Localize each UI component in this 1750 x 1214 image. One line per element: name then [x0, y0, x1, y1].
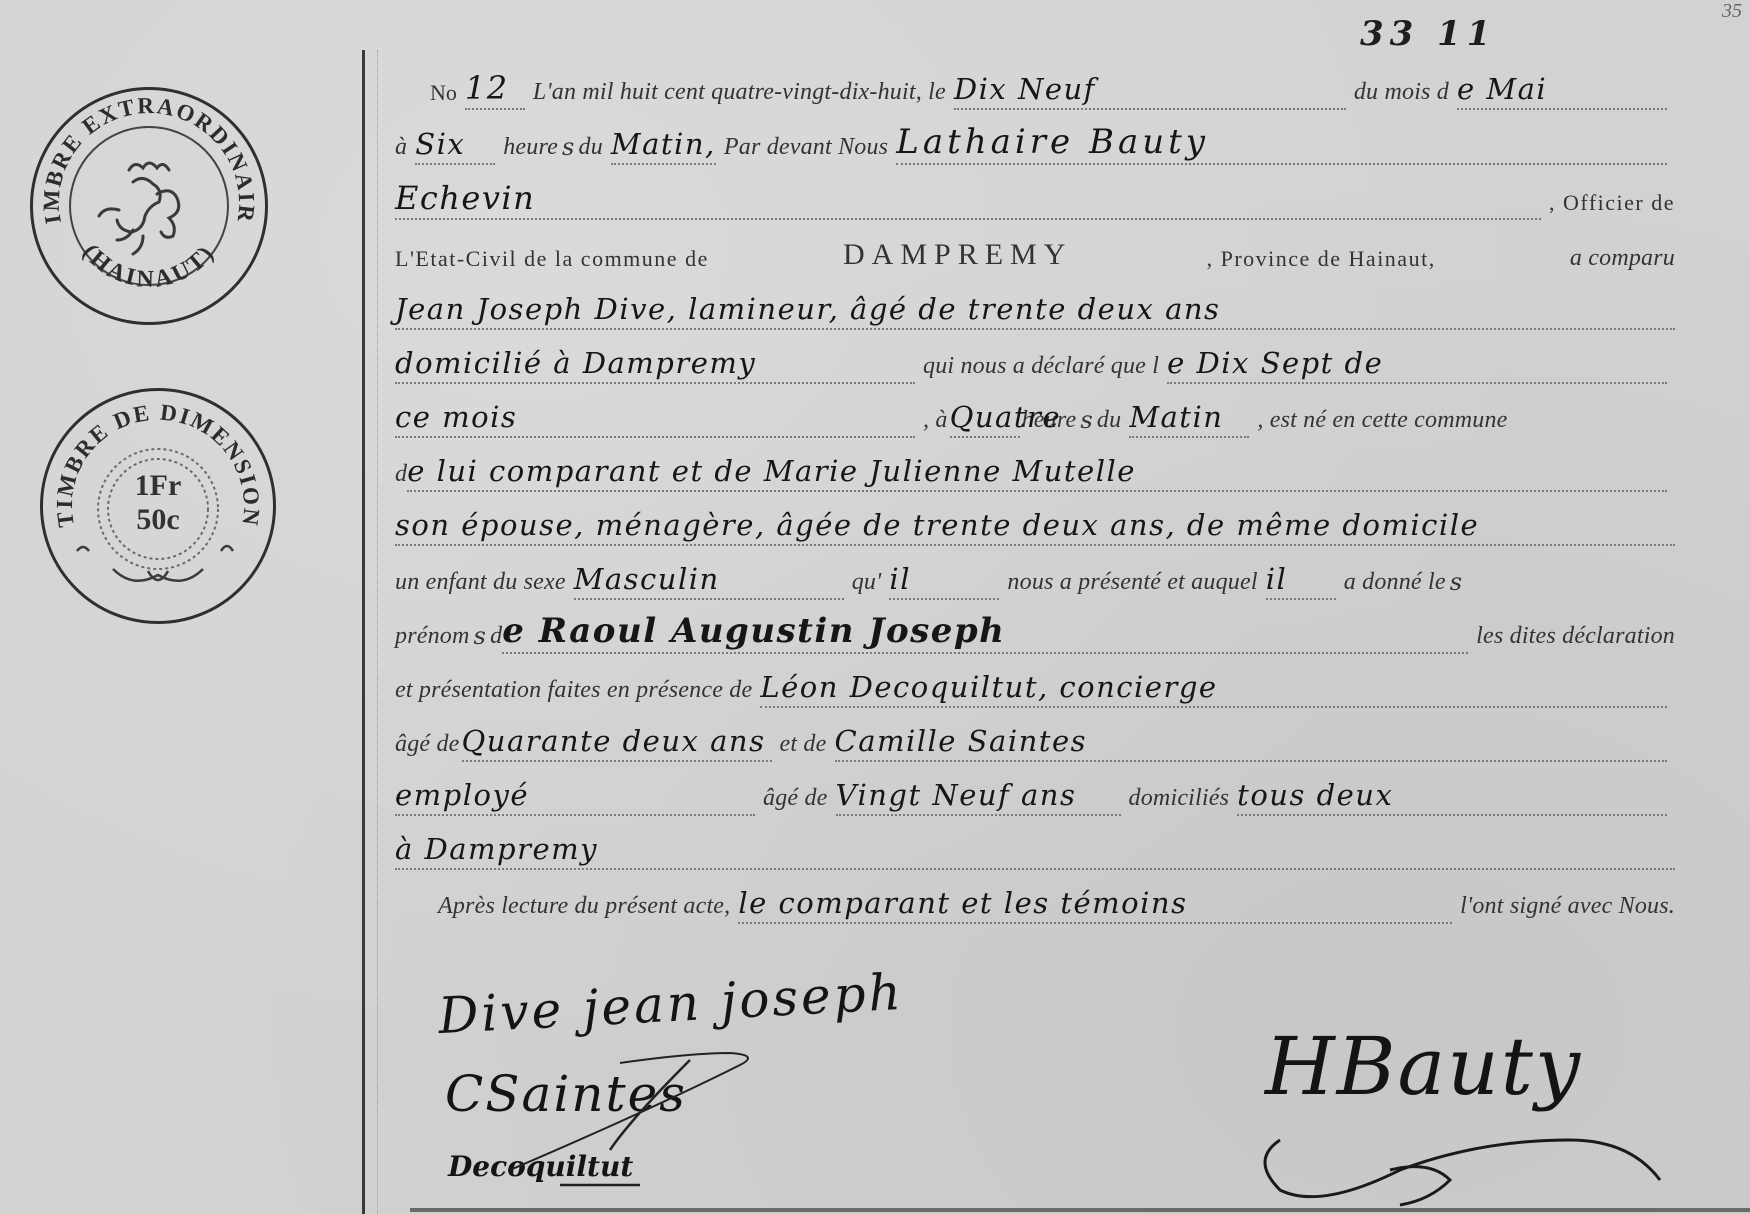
svg-text:(HAINAUT): (HAINAUT)	[77, 240, 220, 293]
act-line-10: un enfant du sexe Masculin qu' il nous a…	[395, 560, 1675, 600]
plural-field: s	[474, 622, 487, 654]
printed-text: qui nous a déclaré que l	[923, 353, 1159, 384]
ribbon-icon	[77, 546, 233, 581]
witness-2-occupation-field: employé	[395, 781, 755, 816]
birth-month-field: ce mois	[395, 403, 915, 438]
mother-details-field: son épouse, ménagère, âgée de trente deu…	[395, 511, 1675, 546]
bottom-rule	[410, 1208, 1750, 1212]
document-page: 33 11 35 TIMBRE EXTRAORDINAIRE (HAINAUT)	[0, 0, 1750, 1214]
printed-text: et présentation faites en présence de	[395, 677, 752, 708]
signature-flourish-icon	[440, 1000, 860, 1200]
stamp-dimension: TIMBRE DE DIMENSION 1Fr 50c	[40, 388, 276, 624]
commune-name: DAMPREMY	[843, 238, 1072, 271]
act-line-3: Echevin , Officier de	[395, 180, 1675, 220]
month-field: e Mai	[1457, 75, 1667, 110]
signatories-field: le comparant et les témoins	[738, 889, 1452, 924]
act-line-4: L'Etat-Civil de la commune de DAMPREMY ,…	[395, 236, 1675, 276]
act-line-12: et présentation faites en présence de Lé…	[395, 668, 1675, 708]
printed-text: nous a présenté et auquel	[1007, 569, 1257, 600]
printed-text: du mois d	[1354, 79, 1449, 110]
printed-text: les dites déclaration	[1476, 623, 1675, 654]
printed-text: , à	[923, 407, 948, 438]
stamp-ring-text: TIMBRE EXTRAORDINAIRE (HAINAUT)	[33, 90, 265, 322]
witness-2-age-field: Vingt Neuf ans	[836, 781, 1121, 816]
corner-mark: 35	[1722, 0, 1742, 23]
pronoun-field-2: il	[1266, 565, 1336, 600]
folio-number: 33 11	[1360, 14, 1496, 54]
officer-title-field: Echevin	[395, 182, 1541, 220]
witness-1-age-field: Quarante deux ans	[462, 727, 772, 762]
printed-text: du	[1097, 407, 1121, 438]
act-line-5: Jean Joseph Dive, lamineur, âgé de trent…	[395, 290, 1675, 330]
printed-text: qu'	[852, 569, 882, 600]
printed-text: d	[490, 623, 502, 654]
printed-text: L'Etat-Civil de la commune de	[395, 246, 709, 276]
hour-plural-field: s	[562, 133, 575, 165]
act-line-2: à Six heure s du Matin, Par devant Nous …	[395, 125, 1675, 165]
margin-rule-dotted	[377, 50, 378, 1214]
period-field: Matin,	[611, 130, 716, 165]
number-label: No	[430, 80, 457, 110]
act-line-1: No 12 L'an mil huit cent quatre-vingt-di…	[430, 70, 1675, 110]
officer-name-field: Lathaire Bauty	[896, 125, 1667, 165]
witness-2-field: Camille Saintes	[835, 727, 1668, 762]
printed-text: , Province de Hainaut,	[1207, 246, 1436, 276]
witness-1-field: Léon Decoquiltut, concierge	[760, 673, 1667, 708]
act-line-6: domicilié à Dampremy qui nous a déclaré …	[395, 344, 1675, 384]
printed-text: , Officier de	[1549, 190, 1675, 220]
act-line-15: à Dampremy	[395, 830, 1675, 870]
parents-field: e lui comparant et de Marie Julienne Mut…	[407, 457, 1667, 492]
act-line-9: son épouse, ménagère, âgée de trente deu…	[395, 506, 1675, 546]
printed-text: âgé de	[395, 731, 460, 762]
day-field: Dix Neuf	[954, 75, 1346, 110]
hour-plural-field: s	[1080, 406, 1093, 438]
stamp-extraordinaire: TIMBRE EXTRAORDINAIRE (HAINAUT)	[30, 87, 268, 325]
printed-text: prénom	[395, 623, 470, 654]
given-names-field: e Raoul Augustin Joseph	[502, 614, 1468, 654]
pronoun-field-1: il	[889, 565, 999, 600]
printed-text: un enfant du sexe	[395, 569, 566, 600]
act-number-field: 12	[465, 72, 525, 110]
printed-text: du	[579, 134, 603, 165]
printed-text: heure	[503, 134, 558, 165]
act-line-7: ce mois , à Quatre heure s du Matin , es…	[395, 398, 1675, 438]
witnesses-residence-field: tous deux	[1237, 781, 1667, 816]
plural-field: s	[1450, 568, 1463, 600]
printed-text: d	[395, 461, 407, 492]
birth-period-field: Matin	[1129, 403, 1249, 438]
declarant-residence-field: domicilié à Dampremy	[395, 349, 915, 384]
printed-text: Par devant Nous	[724, 134, 888, 165]
birth-hour-field: Quatre	[950, 403, 1020, 438]
act-line-8: d e lui comparant et de Marie Julienne M…	[395, 452, 1675, 492]
act-line-11: prénom s d e Raoul Augustin Joseph les d…	[395, 614, 1675, 654]
printed-text: et de	[780, 731, 827, 762]
printed-text: Après lecture du présent acte,	[438, 893, 730, 924]
printed-text: a comparu	[1570, 245, 1675, 276]
declarant-field: Jean Joseph Dive, lamineur, âgé de trent…	[395, 295, 1675, 330]
printed-text: l'ont signé avec Nous.	[1460, 893, 1675, 924]
stamp-value-francs: 1Fr	[43, 469, 273, 503]
lion-icon	[99, 163, 179, 254]
hour-field: Six	[415, 130, 495, 165]
svg-text:TIMBRE EXTRAORDINAIRE: TIMBRE EXTRAORDINAIRE	[33, 90, 259, 226]
printed-text: , est né en cette commune	[1257, 407, 1507, 438]
sex-field: Masculin	[574, 565, 844, 600]
act-line-14: employé âgé de Vingt Neuf ans domiciliés…	[395, 776, 1675, 816]
printed-text: L'an mil huit cent quatre-vingt-dix-huit…	[533, 79, 946, 110]
printed-text: a donné le	[1344, 569, 1446, 600]
printed-text: à	[395, 134, 407, 165]
act-line-16: Après lecture du présent acte, le compar…	[438, 884, 1675, 924]
margin-rule	[362, 50, 365, 1214]
birth-day-field: e Dix Sept de	[1167, 349, 1667, 384]
printed-text: âgé de	[763, 785, 828, 816]
witnesses-residence-field-2: à Dampremy	[395, 835, 1675, 870]
printed-text: domiciliés	[1129, 785, 1230, 816]
stamp-value-centimes: 50c	[43, 503, 273, 537]
officer-paraph-icon	[1250, 1100, 1670, 1210]
act-line-13: âgé de Quarante deux ans et de Camille S…	[395, 722, 1675, 762]
